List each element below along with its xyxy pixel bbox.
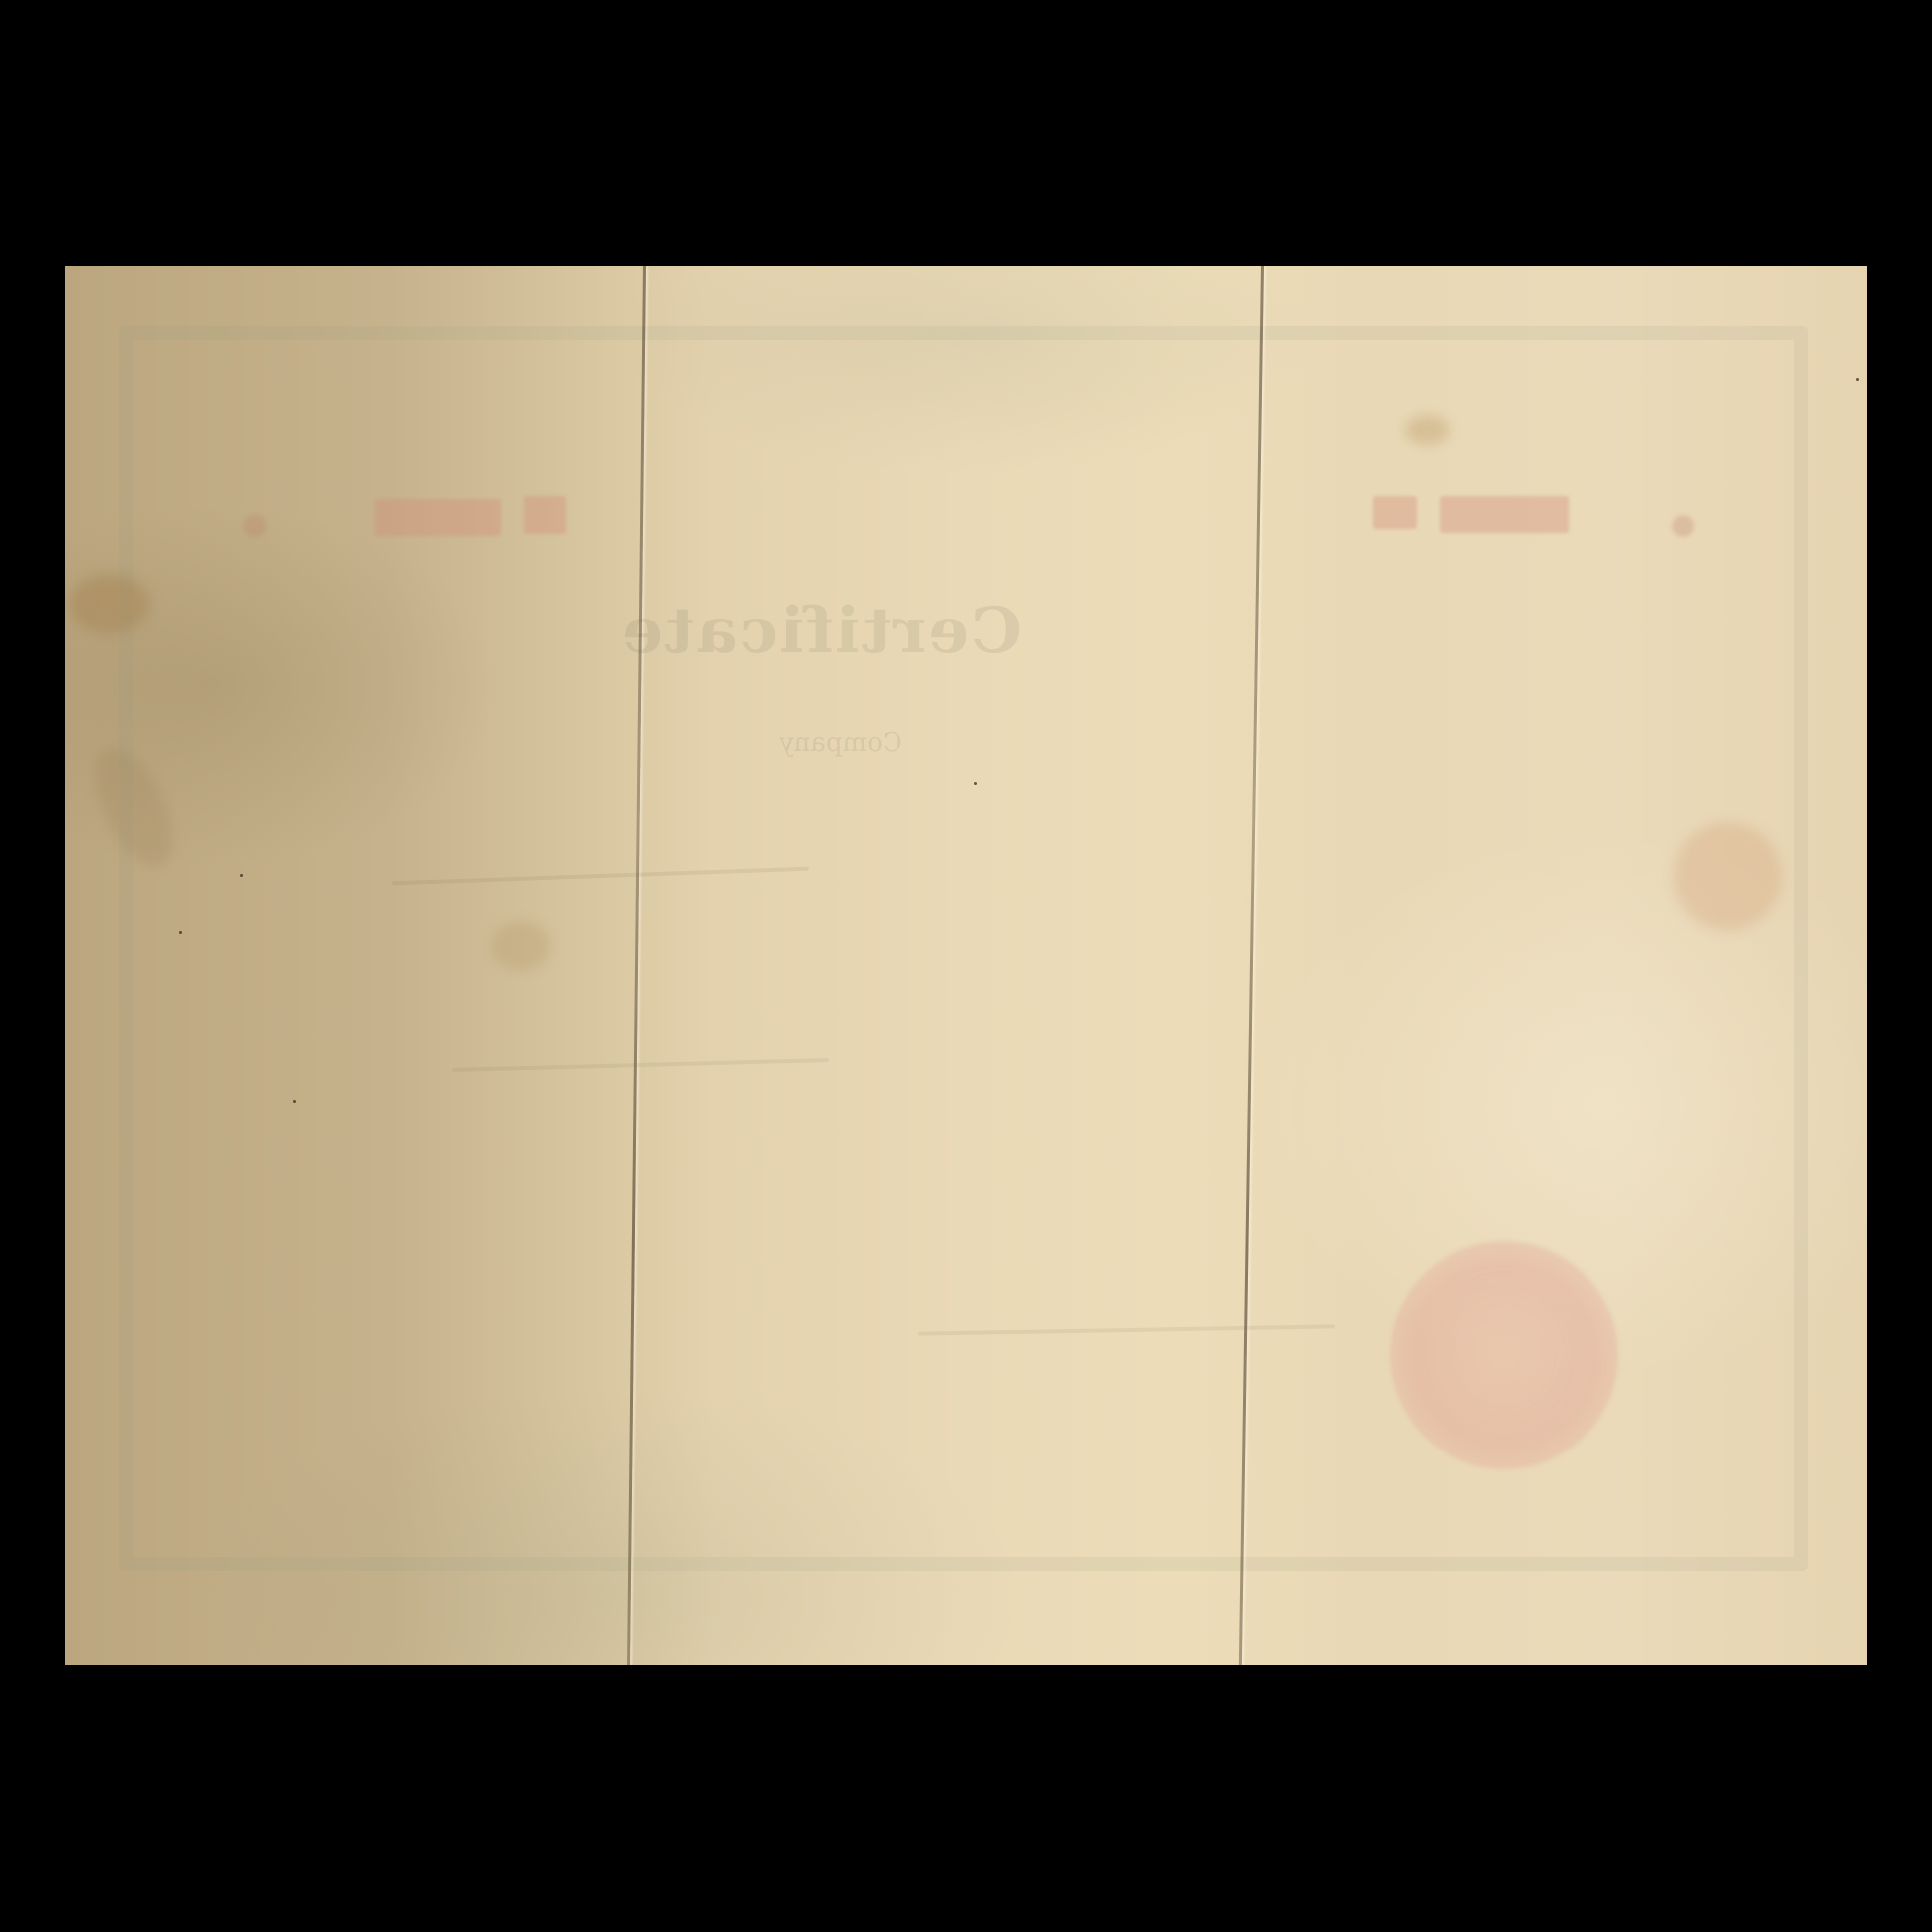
- red-ink-block-right-long: [1440, 496, 1569, 533]
- speck: [293, 1100, 296, 1103]
- fold-line-right: [1239, 266, 1264, 1665]
- speck: [179, 931, 182, 934]
- speck: [974, 782, 977, 785]
- brown-stain-left-edge: [69, 574, 149, 633]
- pencil-mark-top-right: [1405, 415, 1449, 445]
- speck: [1856, 378, 1859, 381]
- handwriting-stroke-1: [392, 867, 809, 886]
- orange-stain-right: [1673, 822, 1782, 931]
- red-ink-block-left-short: [524, 496, 566, 534]
- red-ink-dot-right: [1672, 515, 1694, 537]
- red-ink-dot-left: [244, 515, 266, 537]
- red-ink-block-right-short: [1373, 496, 1417, 529]
- brown-stain-left-lower: [79, 736, 188, 878]
- mirrored-title-show-through: Certificate: [621, 594, 1022, 668]
- certificate-paper: Certificate Company: [65, 266, 1867, 1665]
- red-ink-block-left-long: [375, 499, 501, 536]
- brown-stain-center-left: [491, 921, 551, 971]
- corporate-seal-show-through: [1390, 1241, 1618, 1469]
- mirrored-subtitle-show-through: Company: [779, 728, 902, 758]
- handwriting-stroke-3: [918, 1324, 1335, 1335]
- fold-line-left: [627, 266, 646, 1665]
- speck: [240, 874, 243, 877]
- document-photo: Certificate Company: [0, 0, 1932, 1932]
- handwriting-stroke-2: [452, 1058, 829, 1072]
